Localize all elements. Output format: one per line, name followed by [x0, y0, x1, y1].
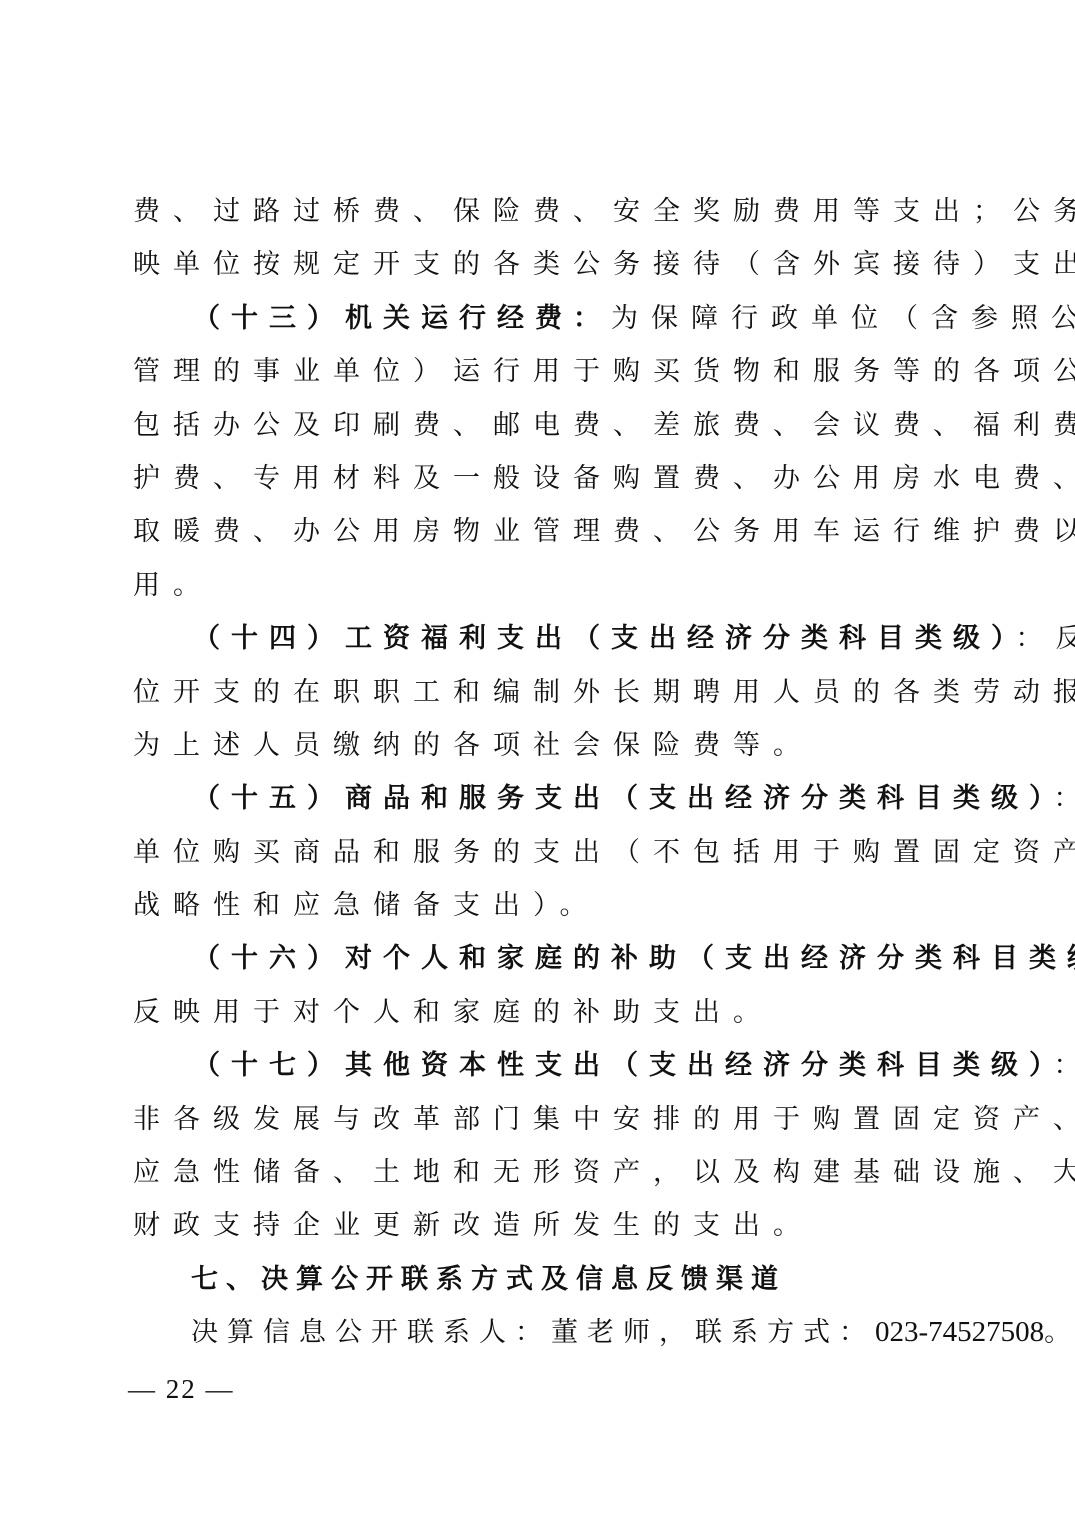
- section-13-text: 为保障行政单位（含参照公务员法: [611, 303, 1075, 334]
- section-16-first-line: （十六）对个人和家庭的补助（支出经济分类科目类级）：: [133, 932, 945, 985]
- section-13-line: 护费、专用材料及一般设备购置费、办公用房水电费、办公用房: [133, 452, 945, 505]
- contact-line: 决算信息公开联系人：董老师，联系方式：023-74527508。: [133, 1306, 945, 1359]
- section-heading-seven: 七、决算公开联系方式及信息反馈渠道: [133, 1253, 945, 1306]
- section-14-text: ：反映单: [1016, 623, 1075, 654]
- page-number: — 22 —: [128, 1374, 235, 1405]
- section-17-first-line: （十七）其他资本性支出（支出经济分类科目类级）：反映: [133, 1039, 945, 1092]
- section-17-line: 应急性储备、土地和无形资产，以及构建基础设施、大型修缮和: [133, 1146, 945, 1199]
- section-17-line: 非各级发展与改革部门集中安排的用于购置固定资产、战略性和: [133, 1093, 945, 1146]
- section-13-title: 机关运行经费：: [345, 303, 611, 334]
- section-13-first-line: （十三）机关运行经费：为保障行政单位（含参照公务员法: [133, 292, 945, 345]
- section-16-title: 对个人和家庭的补助（支出经济分类科目类级）: [345, 943, 1075, 974]
- section-14-first-line: （十四）工资福利支出（支出经济分类科目类级）：反映单: [133, 612, 945, 665]
- section-13-line: 包括办公及印刷费、邮电费、差旅费、会议费、福利费、日常维: [133, 399, 945, 452]
- section-13-line: 用。: [133, 559, 945, 612]
- section-15-number: （十五）: [193, 783, 345, 814]
- contact-label: 决算信息公开联系人：董老师，联系方式：: [191, 1317, 875, 1348]
- section-16-number: （十六）: [193, 943, 345, 974]
- section-13-number: （十三）: [193, 303, 345, 334]
- document-page: 费、过路过桥费、保险费、安全奖励费用等支出；公务接待费反 映单位按规定开支的各类…: [0, 0, 1075, 1520]
- section-14-line: 位开支的在职职工和编制外长期聘用人员的各类劳动报酬，以及: [133, 666, 945, 719]
- section-13-line: 管理的事业单位）运行用于购买货物和服务等的各项公用经费，: [133, 345, 945, 398]
- section-14-line: 为上述人员缴纳的各项社会保险费等。: [133, 719, 945, 772]
- section-17-text: ：反映: [1054, 1050, 1075, 1081]
- contact-phone: 023-74527508: [875, 1316, 1044, 1348]
- section-16-line: 反映用于对个人和家庭的补助支出。: [133, 986, 945, 1039]
- section-15-line: 战略性和应急储备支出）。: [133, 879, 945, 932]
- section-15-line: 单位购买商品和服务的支出（不包括用于购置固定资产的支出、: [133, 826, 945, 879]
- section-17-title: 其他资本性支出（支出经济分类科目类级）: [345, 1050, 1054, 1081]
- body-text: 费、过路过桥费、保险费、安全奖励费用等支出；公务接待费反 映单位按规定开支的各类…: [133, 185, 945, 1360]
- paragraph-line: 映单位按规定开支的各类公务接待（含外宾接待）支出。: [133, 238, 945, 291]
- section-15-text: ：反映: [1054, 783, 1075, 814]
- section-17-number: （十七）: [193, 1050, 345, 1081]
- section-14-title: 工资福利支出（支出经济分类科目类级）: [345, 623, 1016, 654]
- section-14-number: （十四）: [193, 623, 345, 654]
- contact-suffix: 。: [1044, 1317, 1075, 1348]
- section-13-line: 取暖费、办公用房物业管理费、公务用车运行维护费以及其他费: [133, 505, 945, 558]
- section-15-first-line: （十五）商品和服务支出（支出经济分类科目类级）：反映: [133, 772, 945, 825]
- section-17-line: 财政支持企业更新改造所发生的支出。: [133, 1199, 945, 1252]
- paragraph-line: 费、过路过桥费、保险费、安全奖励费用等支出；公务接待费反: [133, 185, 945, 238]
- section-15-title: 商品和服务支出（支出经济分类科目类级）: [345, 783, 1054, 814]
